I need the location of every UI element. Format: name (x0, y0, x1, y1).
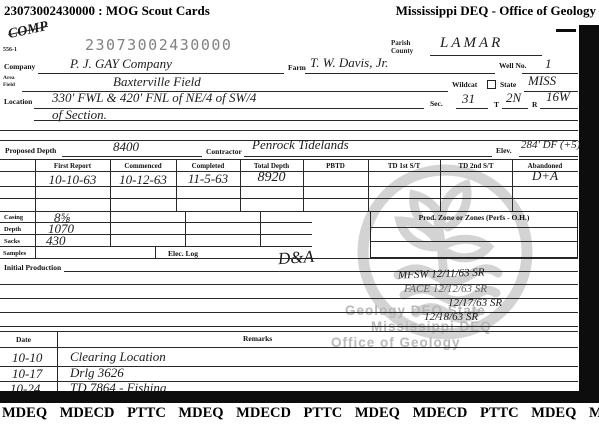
col-header-completed: Completed (176, 162, 240, 170)
field-value: Baxterville Field (113, 74, 201, 90)
sacks-label: Sacks (4, 238, 20, 245)
proposed-depth-value: 8400 (113, 139, 139, 155)
log-row-date: 10-17 (12, 366, 42, 382)
company-label: Company (4, 62, 35, 71)
commenced-value: 10-12-63 (110, 172, 176, 188)
elevation-value: 284' DF (+5) (521, 139, 580, 151)
location-value: 330' FWL & 420' FNL of NE/4 of SW/4 (52, 90, 256, 106)
township-value: 2N (506, 90, 521, 106)
sec-value: 31 (462, 91, 475, 107)
sec-label: Sec. (430, 99, 443, 108)
wildcat-checkbox (487, 80, 496, 89)
log-row-remark: Drlg 3626 (70, 365, 124, 381)
footer-watermark-text: MDEQ MDECD PTTC MDEQ MDECD PTTC MDEQ MDE… (2, 405, 599, 422)
proposed-depth-label: Proposed Depth (5, 146, 56, 155)
farm-value: T. W. Davis, Jr. (310, 55, 388, 71)
range-label: R (532, 100, 537, 109)
elevation-label: Elev. (496, 146, 512, 155)
parish-label: Parish (391, 39, 410, 47)
abandoned-value: D+A (512, 168, 578, 184)
status-note: FACE 12/12/63 SR (404, 283, 487, 295)
township-label: T (494, 100, 499, 109)
status-note: 12/17/63 SR (448, 297, 502, 309)
county-label: County (391, 47, 413, 55)
samples-label: Samples (3, 250, 26, 257)
prod-zone-label: Prod. Zone or Zones (Perfs - O.H.) (370, 213, 578, 222)
scan-black-bar-bottom (0, 391, 599, 403)
depth-label: Depth (4, 226, 21, 233)
date-column-header: Date (16, 335, 31, 344)
elec-log-label: Elec. Log (168, 249, 198, 258)
well-no-value: 1 (545, 56, 552, 72)
county-value: LAMAR (440, 35, 503, 52)
form-number: 556-1 (3, 47, 17, 53)
col-header-td-1st: TD 1st S/T (368, 162, 440, 170)
log-row-remark: Clearing Location (70, 349, 166, 365)
comp-stamp: COMP (7, 19, 50, 43)
remarks-column-header: Remarks (243, 334, 272, 343)
location-label: Location (4, 97, 32, 106)
initial-production-label: Initial Production (4, 263, 61, 272)
state-value: MISS (528, 73, 556, 89)
col-header-total-depth: Total Depth (240, 162, 303, 170)
scan-black-strip-right (579, 25, 599, 403)
col-header-td-2nd: TD 2nd S/T (440, 162, 512, 170)
log-row-date: 10-10 (12, 350, 42, 366)
area-label: Area (3, 75, 15, 81)
field-label: Field (3, 82, 15, 88)
first-report-value: 10-10-63 (35, 172, 110, 188)
agency-title: Mississippi DEQ - Office of Geology (396, 3, 596, 19)
page-title: 23073002430000 : MOG Scout Cards (4, 3, 210, 19)
wildcat-label: Wildcat (452, 80, 477, 89)
scan-mark (556, 29, 576, 32)
company-value: P. J. GAY Company (70, 56, 172, 72)
contractor-label: Contractor (206, 147, 242, 156)
well-id-number: 23073002430000 (85, 36, 232, 54)
well-no-label: Well No. (499, 61, 527, 70)
col-header-commenced: Commenced (110, 162, 176, 170)
status-note: 12/18/63 SR (424, 311, 478, 323)
initial-production-value: D&A (277, 247, 314, 269)
col-header-pbtd: PBTD (303, 162, 368, 170)
contractor-value: Penrock Tidelands (252, 137, 349, 153)
state-label: State (500, 80, 516, 89)
col-header-first-report: First Report (35, 162, 110, 170)
casing-label: Casing (4, 214, 23, 221)
range-value: 16W (546, 89, 570, 105)
total-depth-value: 8920 (240, 170, 303, 186)
completed-value: 11-5-63 (176, 171, 240, 187)
farm-label: Farm (288, 63, 306, 72)
